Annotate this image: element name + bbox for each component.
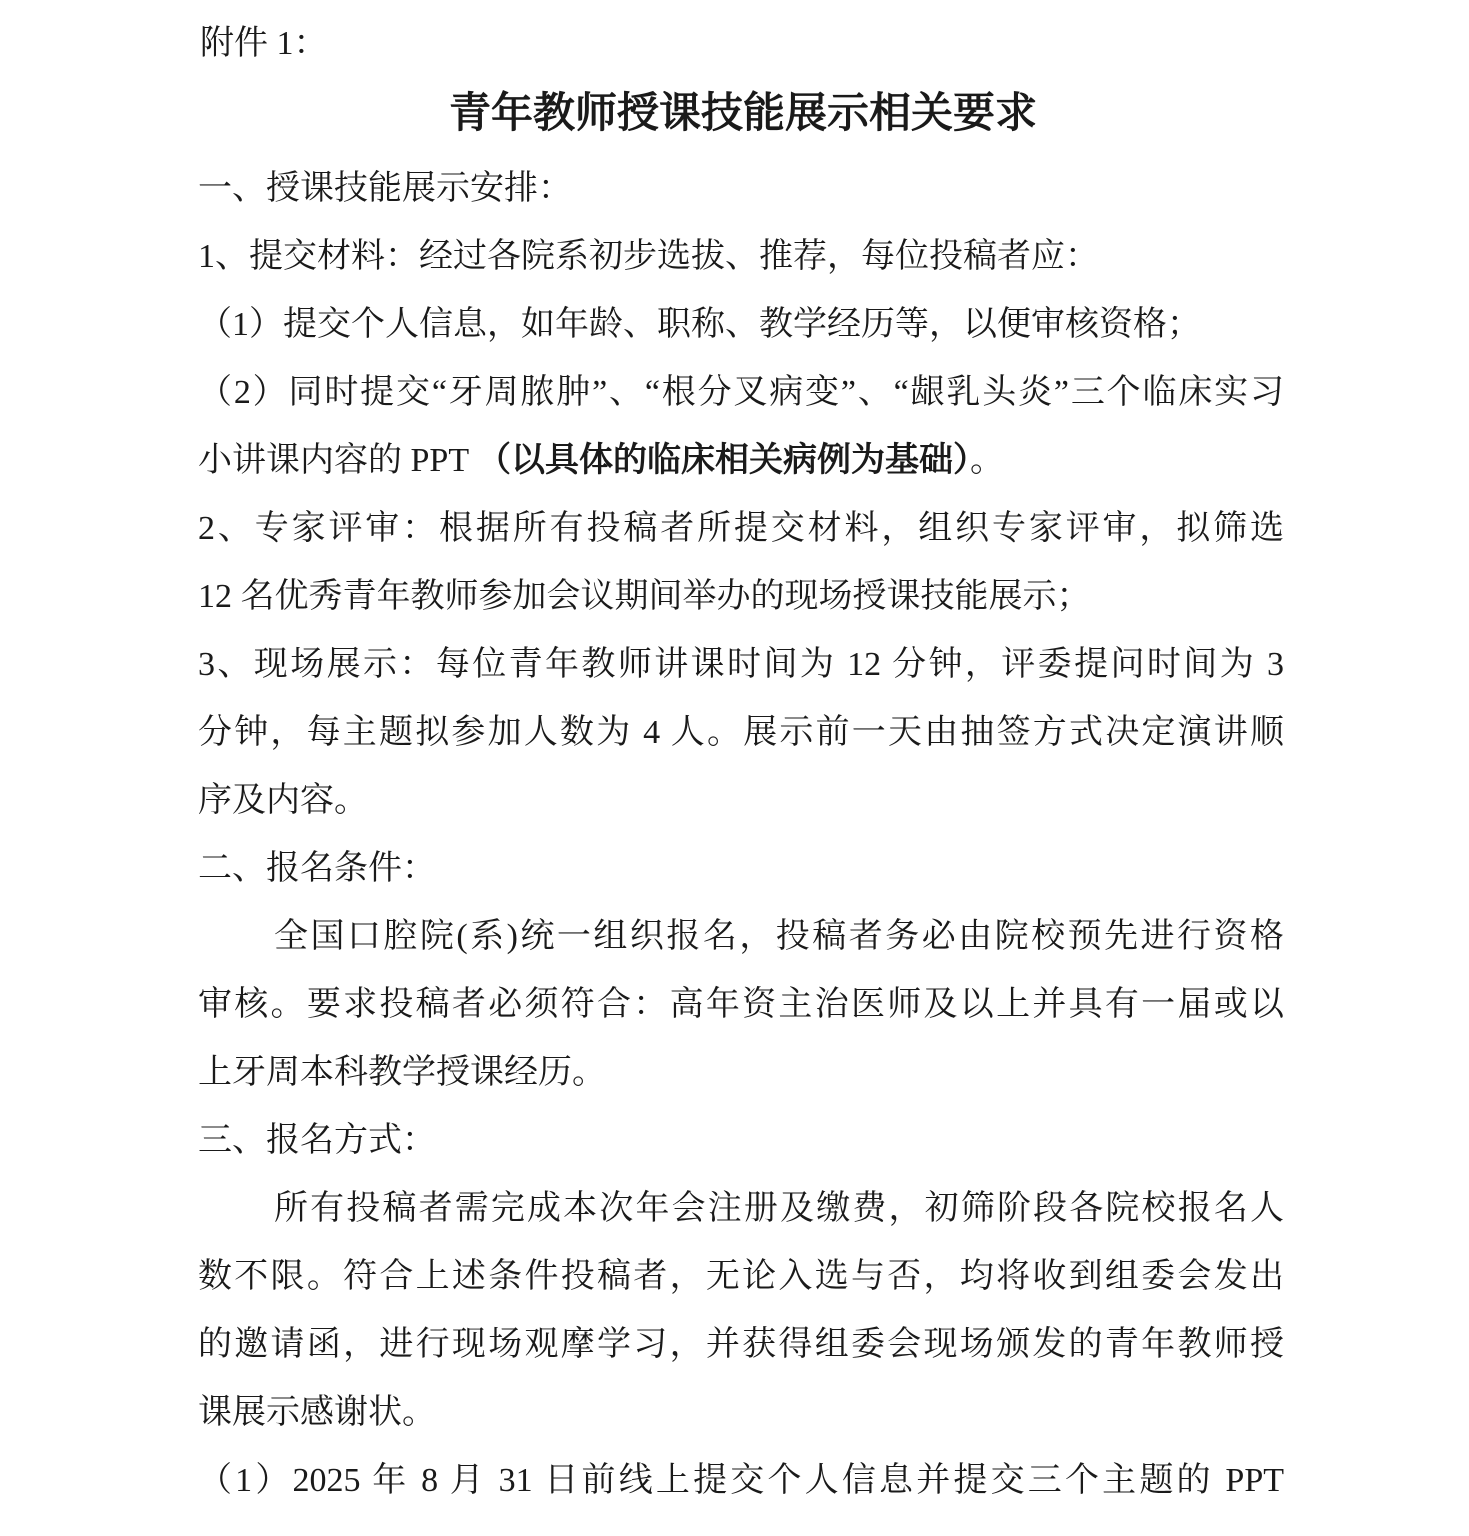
text-segment: 小讲课内容的 PPT [198, 442, 477, 479]
text-segment: 。 [970, 442, 1004, 479]
text-line: 二、报名条件： [198, 835, 1284, 903]
text-line: 审核。要求投稿者必须符合：高年资主治医师及以上并具有一届或以 [198, 971, 1284, 1039]
text-line: 全国口腔院(系)统一组织报名，投稿者务必由院校预先进行资格 [198, 903, 1284, 971]
bold-text-segment: （以具体的临床相关病例为基础） [477, 442, 970, 479]
text-line: （1）2025 年 8 月 31 日前线上提交个人信息并提交三个主题的 PPT [198, 1447, 1284, 1515]
text-line: 一、授课技能展示安排： [198, 155, 1284, 223]
text-line: 分钟，每主题拟参加人数为 4 人。展示前一天由抽签方式决定演讲顺 [198, 699, 1284, 767]
text-line: 2、专家评审：根据所有投稿者所提交材料，组织专家评审，拟筛选 [198, 495, 1284, 563]
text-line: 数不限。符合上述条件投稿者，无论入选与否，均将收到组委会发出 [198, 1243, 1284, 1311]
text-line: （1）提交个人信息，如年龄、职称、教学经历等，以便审核资格； [198, 291, 1284, 359]
document-body: 一、授课技能展示安排：1、提交材料：经过各院系初步选拔、推荐，每位投稿者应：（1… [198, 155, 1284, 1515]
text-line: 的邀请函，进行现场观摩学习，并获得组委会现场颁发的青年教师授 [198, 1311, 1284, 1379]
text-line: 课展示感谢状。 [198, 1379, 1284, 1447]
text-line: 小讲课内容的 PPT （以具体的临床相关病例为基础）。 [198, 427, 1284, 495]
text-line: 序及内容。 [198, 767, 1284, 835]
text-line: （2）同时提交“牙周脓肿”、“根分叉病变”、“龈乳头炎”三个临床实习 [198, 359, 1284, 427]
text-line: 三、报名方式： [198, 1107, 1284, 1175]
document-title: 青年教师授课技能展示相关要求 [198, 84, 1288, 144]
text-line: 3、现场展示：每位青年教师讲课时间为 12 分钟，评委提问时间为 3 [198, 631, 1284, 699]
text-line: 上牙周本科教学授课经历。 [198, 1039, 1284, 1107]
text-line: 所有投稿者需完成本次年会注册及缴费，初筛阶段各院校报名人 [198, 1175, 1284, 1243]
text-line: 1、提交材料：经过各院系初步选拔、推荐，每位投稿者应： [198, 223, 1284, 291]
attachment-label: 附件 1： [200, 18, 328, 70]
text-line: 12 名优秀青年教师参加会议期间举办的现场授课技能展示； [198, 563, 1284, 631]
document-page: 附件 1： 青年教师授课技能展示相关要求 一、授课技能展示安排：1、提交材料：经… [0, 0, 1469, 1536]
